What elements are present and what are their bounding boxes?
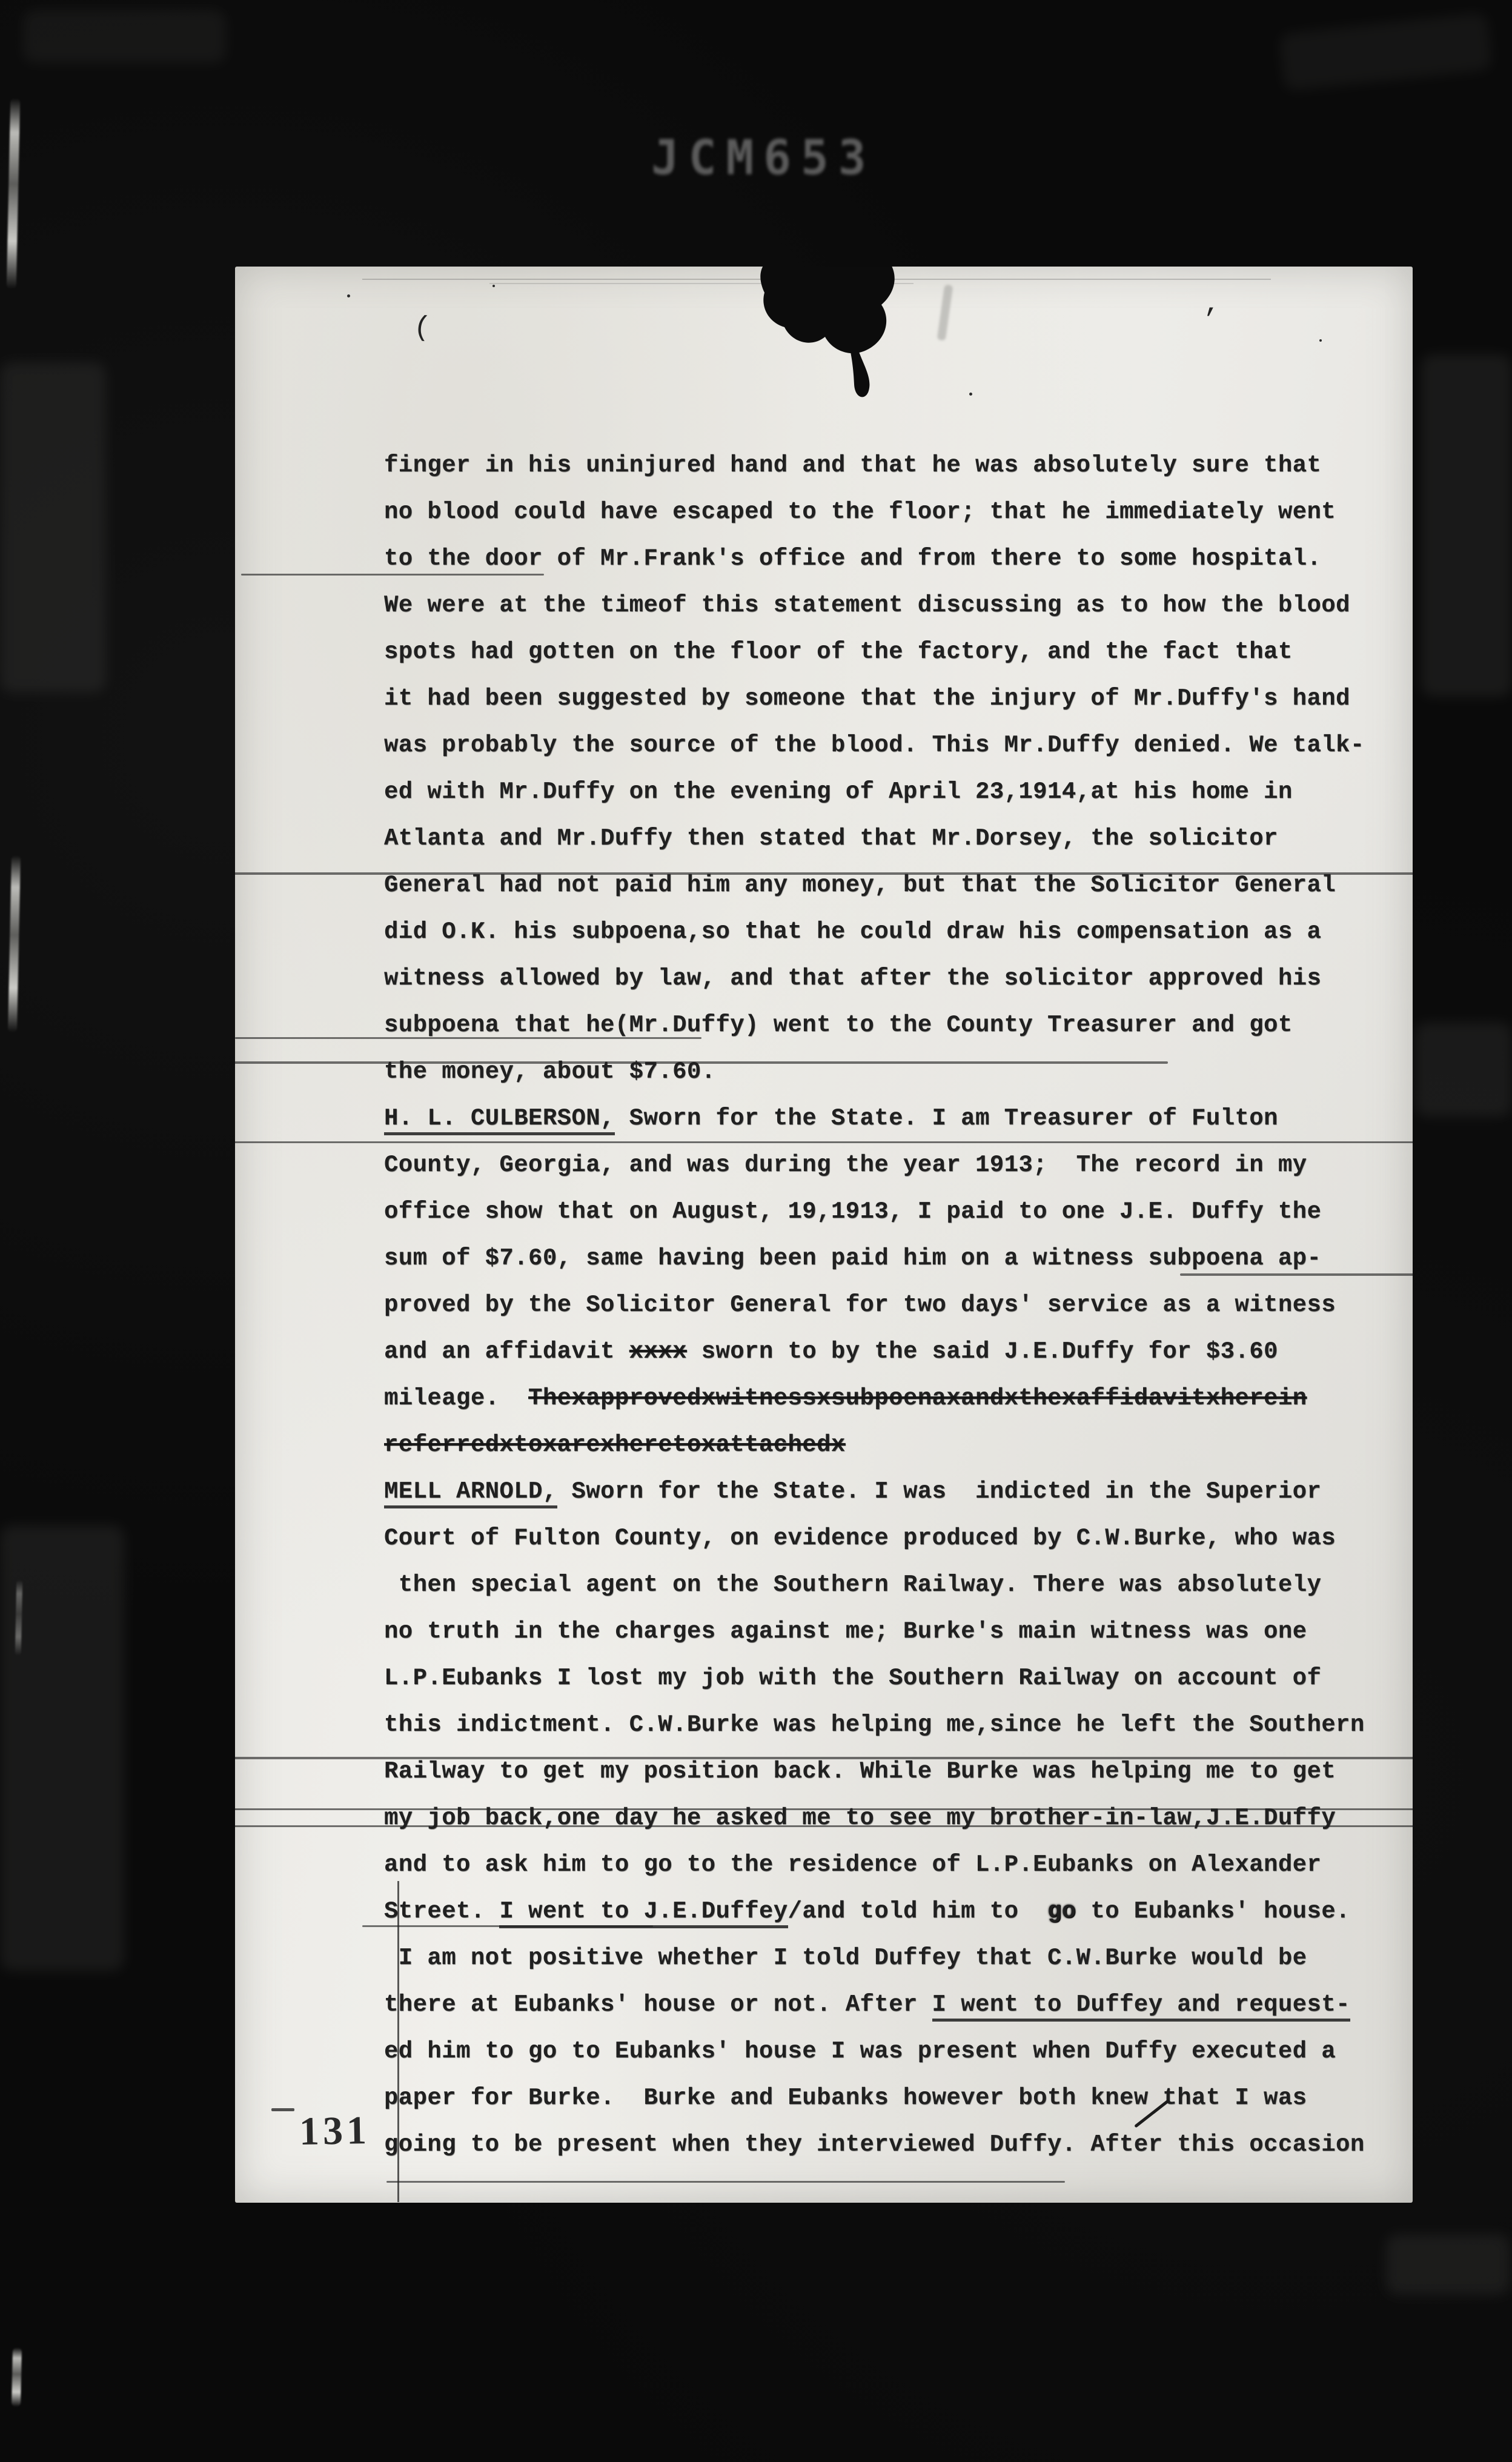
text-line: this indictment. C.W.Burke was helping m… bbox=[384, 1702, 1371, 1748]
text-line: witness allowed by law, and that after t… bbox=[384, 955, 1371, 1002]
scan-artifact-line bbox=[235, 1757, 1413, 1759]
text-line: and an affidavit xxxx sworn to by the sa… bbox=[384, 1329, 1371, 1375]
text-segment-u: MELL ARNOLD, bbox=[384, 1478, 557, 1508]
text-segment: Court of Fulton County, on evidence prod… bbox=[384, 1525, 1336, 1551]
scan-artifact-line bbox=[1180, 1273, 1413, 1276]
text-segment: L.P.Eubanks I lost my job with the South… bbox=[384, 1665, 1321, 1691]
text-segment: ed him to go to Eubanks' house I was pre… bbox=[384, 2038, 1336, 2065]
text-segment: Sworn for the State. I am Treasurer of F… bbox=[615, 1105, 1278, 1132]
text-line: L.P.Eubanks I lost my job with the South… bbox=[384, 1655, 1371, 1702]
text-line: spots had gotten on the floor of the fac… bbox=[384, 629, 1371, 675]
text-line: County, Georgia, and was during the year… bbox=[384, 1142, 1371, 1189]
text-segment: going to be present when they interviewe… bbox=[384, 2131, 1365, 2158]
text-segment-u: I went to Duffey and request- bbox=[932, 1991, 1350, 2022]
text-line: Court of Fulton County, on evidence prod… bbox=[384, 1515, 1371, 1562]
text-segment: this indictment. C.W.Burke was helping m… bbox=[384, 1711, 1365, 1738]
text-segment: ed with Mr.Duffy on the evening of April… bbox=[384, 778, 1293, 805]
microfilm-frame: JCM653 ( ’ finger in his uninjured hand … bbox=[0, 0, 1512, 2462]
text-line: did O.K. his subpoena,so that he could d… bbox=[384, 909, 1371, 955]
text-segment: General had not paid him any money, but … bbox=[384, 872, 1336, 898]
text-segment: it had been suggested by someone that th… bbox=[384, 685, 1350, 712]
text-line: ed him to go to Eubanks' house I was pre… bbox=[384, 2028, 1371, 2075]
text-line: the money, about $7.60. bbox=[384, 1049, 1371, 1095]
dust-speck bbox=[492, 285, 495, 287]
film-edge-mark bbox=[12, 2348, 22, 2407]
dust-speck bbox=[969, 393, 972, 396]
text-line: ed with Mr.Duffy on the evening of April… bbox=[384, 769, 1371, 815]
text-line: Atlanta and Mr.Duffy then stated that Mr… bbox=[384, 815, 1371, 862]
scan-artifact-line bbox=[235, 1037, 701, 1039]
text-segment: sworn to by the said J.E.Duffy for $3.60 bbox=[687, 1338, 1278, 1365]
text-line: General had not paid him any money, but … bbox=[384, 862, 1371, 909]
text-line: Street. I went to J.E.Duffey/and told hi… bbox=[384, 1888, 1371, 1935]
text-segment-b: go bbox=[1047, 1898, 1076, 1925]
bleedthrough-smudge bbox=[0, 362, 106, 692]
text-segment-u: H. L. CULBERSON, bbox=[384, 1105, 615, 1135]
scan-artifact-line bbox=[241, 574, 544, 576]
film-edge-mark bbox=[8, 855, 21, 1032]
text-line: finger in his uninjured hand and that he… bbox=[384, 442, 1371, 489]
scan-artifact-line bbox=[386, 2181, 1065, 2183]
text-segment-u: I went to J.E.Duffey bbox=[499, 1898, 787, 1928]
text-segment-x: referredxtoxarexheretoxattachedx bbox=[384, 1432, 846, 1458]
page-number: 131 bbox=[299, 2108, 370, 2155]
text-segment: to the door of Mr.Frank's office and fro… bbox=[384, 545, 1321, 572]
bleedthrough-smudge bbox=[1279, 12, 1493, 91]
text-line: was probably the source of the blood. Th… bbox=[384, 722, 1371, 769]
scan-artifact-line bbox=[235, 1825, 1413, 1827]
text-line: then special agent on the Southern Railw… bbox=[384, 1562, 1371, 1608]
text-line: referredxtoxarexheretoxattachedx bbox=[384, 1422, 1371, 1468]
text-segment-x: Thexapprovedxwitnessxsubpoenaxandxthexaf… bbox=[528, 1385, 1307, 1412]
scan-artifact-line bbox=[235, 872, 1413, 875]
text-segment: I am not positive whether I told Duffey … bbox=[384, 1945, 1307, 1971]
text-line: my job back,one day he asked me to see m… bbox=[384, 1795, 1371, 1842]
text-line: mileage. Thexapprovedxwitnessxsubpoenaxa… bbox=[384, 1375, 1371, 1422]
text-segment: and to ask him to go to the residence of… bbox=[384, 1851, 1321, 1878]
text-segment: Street. bbox=[384, 1898, 499, 1925]
stray-dash-mark bbox=[271, 2108, 294, 2111]
text-segment: Sworn for the State. I was indicted in t… bbox=[557, 1478, 1322, 1505]
ink-blot bbox=[733, 267, 937, 411]
bleedthrough-smudge bbox=[1386, 2234, 1510, 2295]
text-segment: finger in his uninjured hand and that he… bbox=[384, 452, 1321, 479]
text-segment: no blood could have escaped to the floor… bbox=[384, 499, 1336, 525]
scan-artifact-line bbox=[235, 1808, 1413, 1810]
text-line: MELL ARNOLD, Sworn for the State. I was … bbox=[384, 1468, 1371, 1515]
text-segment: witness allowed by law, and that after t… bbox=[384, 965, 1321, 992]
margin-rule bbox=[397, 1881, 399, 2202]
text-segment: sum of $7.60, same having been paid him … bbox=[384, 1245, 1321, 1272]
text-line: Railway to get my position back. While B… bbox=[384, 1748, 1371, 1795]
text-segment: no truth in the charges against me; Burk… bbox=[384, 1618, 1307, 1645]
text-segment: Atlanta and Mr.Duffy then stated that Mr… bbox=[384, 825, 1278, 852]
text-line: no blood could have escaped to the floor… bbox=[384, 489, 1371, 536]
text-segment: was probably the source of the blood. Th… bbox=[384, 732, 1365, 758]
dust-speck bbox=[1319, 339, 1322, 342]
text-line: paper for Burke. Burke and Eubanks howev… bbox=[384, 2075, 1371, 2122]
frame-number-stamp: JCM653 bbox=[651, 129, 876, 185]
bleedthrough-smudge bbox=[23, 10, 226, 63]
bleedthrough-smudge bbox=[1421, 354, 1512, 697]
film-edge-mark bbox=[7, 98, 21, 289]
text-line: going to be present when they interviewe… bbox=[384, 2122, 1371, 2168]
scan-artifact-line bbox=[362, 1925, 653, 1927]
text-segment: office show that on August, 19,1913, I p… bbox=[384, 1198, 1321, 1225]
text-segment-x: xxxx bbox=[629, 1338, 687, 1365]
text-segment: proved by the Solicitor General for two … bbox=[384, 1292, 1336, 1318]
typewritten-text: finger in his uninjured hand and that he… bbox=[384, 442, 1371, 2168]
dust-speck bbox=[347, 294, 350, 297]
text-segment: We were at the timeof this statement dis… bbox=[384, 592, 1350, 619]
bleedthrough-smudge bbox=[1415, 1023, 1512, 1117]
text-segment: did O.K. his subpoena,so that he could d… bbox=[384, 918, 1321, 945]
text-line: I am not positive whether I told Duffey … bbox=[384, 1935, 1371, 1982]
text-segment: County, Georgia, and was during the year… bbox=[384, 1152, 1307, 1178]
text-line: We were at the timeof this statement dis… bbox=[384, 582, 1371, 629]
stray-pen-mark: ( bbox=[413, 313, 432, 343]
text-line: subpoena that he(Mr.Duffy) went to the C… bbox=[384, 1002, 1371, 1049]
text-line: no truth in the charges against me; Burk… bbox=[384, 1608, 1371, 1655]
text-segment: mileage. bbox=[384, 1385, 528, 1412]
scan-artifact-line bbox=[235, 1061, 1168, 1064]
text-segment: to Eubanks' house. bbox=[1076, 1898, 1350, 1925]
text-segment: then special agent on the Southern Railw… bbox=[384, 1571, 1321, 1598]
text-segment: spots had gotten on the floor of the fac… bbox=[384, 639, 1293, 665]
text-line: proved by the Solicitor General for two … bbox=[384, 1282, 1371, 1329]
text-line: office show that on August, 19,1913, I p… bbox=[384, 1189, 1371, 1235]
stray-pen-mark: ’ bbox=[1202, 307, 1219, 334]
text-line: and to ask him to go to the residence of… bbox=[384, 1842, 1371, 1888]
ink-streak bbox=[937, 284, 953, 340]
text-line: it had been suggested by someone that th… bbox=[384, 675, 1371, 722]
text-segment: /and told him to bbox=[788, 1898, 1047, 1925]
text-segment: Railway to get my position back. While B… bbox=[384, 1758, 1336, 1785]
text-line: H. L. CULBERSON, Sworn for the State. I … bbox=[384, 1095, 1371, 1142]
text-segment: subpoena that he(Mr.Duffy) went to the C… bbox=[384, 1012, 1293, 1038]
text-segment: paper for Burke. Burke and Eubanks howev… bbox=[384, 2085, 1307, 2111]
document-page: ( ’ finger in his uninjured hand and tha… bbox=[235, 267, 1413, 2203]
text-segment: there at Eubanks' house or not. After bbox=[384, 1991, 932, 2018]
text-segment: and an affidavit bbox=[384, 1338, 629, 1365]
scan-artifact-line bbox=[235, 1141, 1413, 1143]
text-line: there at Eubanks' house or not. After I … bbox=[384, 1982, 1371, 2028]
